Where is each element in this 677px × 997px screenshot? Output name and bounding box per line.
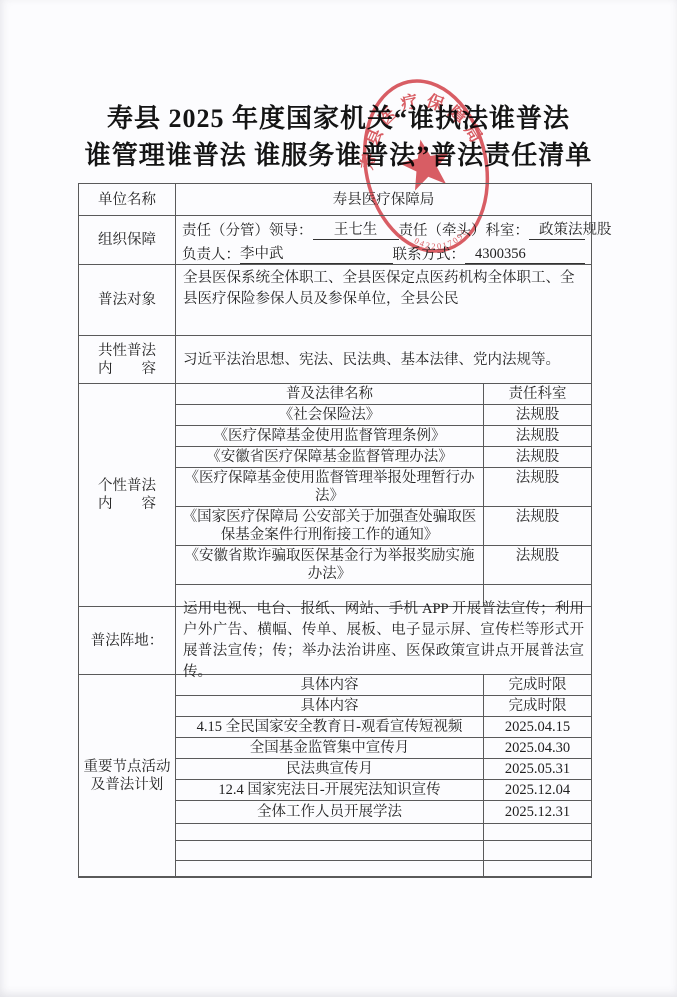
unit-name-value: 寿县医疗保障局: [176, 184, 591, 215]
law-name: 《安徽省医疗保障基金监督管理办法》: [176, 447, 483, 467]
contact-phone: 4300356: [465, 245, 585, 264]
activity-row-empty: [176, 824, 591, 841]
document-title-line2: 谁管理谁普法 谁服务谁普法”普法责任清单: [30, 137, 647, 174]
row-unit-name: 单位名称 寿县医疗保障局: [79, 184, 591, 216]
org-support-content: 责任（分管）领导： 王七生 责任（牵头）科室： 政策法规股 负责人： 李中武 联…: [176, 216, 591, 264]
document-title: 寿县 2025 年度国家机关“谁执法谁普法 谁管理谁普法 谁服务谁普法”普法责任…: [30, 100, 647, 174]
law-row: 《安徽省欺诈骗取医保基金行为举报奖励实施办法》 法规股: [176, 546, 591, 585]
unit-name-label: 单位名称: [79, 184, 176, 215]
lead-dept-name: 政策法规股: [529, 221, 585, 240]
law-name: 《医疗保障基金使用监督管理举报处理暂行办法》: [176, 468, 483, 506]
common-label-line1: 共性普法: [98, 342, 156, 360]
target-value: 全县医保系统全体职工、全县医保定点医药机构全体职工、全县医疗保险参保人员及参保单…: [176, 265, 591, 335]
target-label: 普法对象: [79, 265, 176, 335]
activity-row-empty: [176, 841, 591, 861]
activity-row: 民法典宣传月 2025.05.31: [176, 759, 591, 780]
leader-name: 王七生: [313, 221, 399, 240]
law-name: 《社会保险法》: [176, 405, 483, 425]
row-positions: 普法阵地： 运用电视、电台、报纸、网站、手机 APP 开展普法宣传；利用户外广告…: [79, 607, 591, 675]
org-support-line2: 负责人： 李中武 联系方式： 4300356: [176, 240, 591, 264]
responsibility-table: 单位名称 寿县医疗保障局 组织保障 责任（分管）领导： 王七生 责任（牵头）科室…: [78, 183, 592, 878]
activity-content: 全体工作人员开展学法: [176, 801, 483, 823]
law-row: 《医疗保障基金使用监督管理条例》 法规股: [176, 426, 591, 447]
row-plan: 重要节点活动 及普法计划 具体内容 完成时限 具体内容 完成时限 4.15 全民…: [79, 675, 591, 876]
positions-value: 运用电视、电台、报纸、网站、手机 APP 开展普法宣传；利用户外广告、横幅、传单…: [176, 607, 591, 674]
activity-content: [176, 841, 483, 860]
activity-content: [176, 861, 483, 876]
laws-col-name-header: 普及法律名称: [176, 384, 483, 404]
activity-content: 全国基金监管集中宣传月: [176, 738, 483, 758]
scanned-document-page: 寿县 2025 年度国家机关“谁执法谁普法 谁管理谁普法 谁服务谁普法”普法责任…: [0, 0, 677, 997]
activity-row: 全体工作人员开展学法 2025.12.31: [176, 801, 591, 824]
activity-deadline: 2025.12.04: [483, 780, 591, 800]
activity-deadline: 2025.04.30: [483, 738, 591, 758]
law-row: 《安徽省医疗保障基金监督管理办法》 法规股: [176, 447, 591, 468]
contact-field-label: 联系方式：: [393, 246, 466, 264]
law-name: 《国家医疗保障局 公安部关于加强查处骗取医保基金案件行刑衔接工作的通知》: [176, 507, 483, 545]
org-support-line1: 责任（分管）领导： 王七生 责任（牵头）科室： 政策法规股: [176, 216, 591, 240]
leader-field-label: 责任（分管）领导：: [182, 222, 313, 240]
common-content-label: 共性普法 内 容: [79, 336, 176, 383]
laws-col-dept-header: 责任科室: [483, 384, 591, 404]
row-org-support: 组织保障 责任（分管）领导： 王七生 责任（牵头）科室： 政策法规股 负责人： …: [79, 216, 591, 265]
activity-deadline: [483, 861, 591, 876]
lead-dept-field-label: 责任（牵头）科室：: [399, 222, 530, 240]
law-row: 《社会保险法》 法规股: [176, 405, 591, 426]
activity-content: [176, 824, 483, 840]
activity-row: 12.4 国家宪法日-开展宪法知识宣传 2025.12.04: [176, 780, 591, 801]
plan-col-deadline-header: 完成时限: [483, 675, 591, 695]
row-target: 普法对象 全县医保系统全体职工、全县医保定点医药机构全体职工、全县医疗保险参保人…: [79, 265, 591, 336]
common-content-value: 习近平法治思想、宪法、民法典、基本法律、党内法规等。: [176, 336, 591, 383]
manager-name: 李中武: [240, 245, 393, 264]
law-dept: 法规股: [483, 447, 591, 467]
activity-row: 4.15 全民国家安全教育日-观看宣传短视频 2025.04.15: [176, 717, 591, 738]
law-dept: 法规股: [483, 468, 591, 506]
law-dept: 法规股: [483, 507, 591, 545]
plan-label-line1: 重要节点活动: [84, 758, 171, 776]
plan-label-line2: 及普法计划: [91, 776, 164, 794]
activity-row: 全国基金监管集中宣传月 2025.04.30: [176, 738, 591, 759]
row-common-content: 共性普法 内 容 习近平法治思想、宪法、民法典、基本法律、党内法规等。: [79, 336, 591, 384]
law-name: 《安徽省欺诈骗取医保基金行为举报奖励实施办法》: [176, 546, 483, 584]
target-text: 全县医保系统全体职工、全县医保定点医药机构全体职工、全县医疗保险参保人员及参保单…: [176, 265, 591, 313]
plan-label: 重要节点活动 及普法计划: [79, 675, 176, 876]
personal-content-grid: 普及法律名称 责任科室 《社会保险法》 法规股 《医疗保障基金使用监督管理条例》…: [176, 384, 591, 606]
activity-deadline: 2025.04.15: [483, 717, 591, 737]
plan-col-deadline-header: 完成时限: [483, 696, 591, 716]
law-row: 《国家医疗保障局 公安部关于加强查处骗取医保基金案件行刑衔接工作的通知》 法规股: [176, 507, 591, 546]
row-personal-content: 个性普法 内 容 普及法律名称 责任科室 《社会保险法》 法规股 《医疗保障基金…: [79, 384, 591, 607]
plan-header-row: 具体内容 完成时限: [176, 675, 591, 696]
positions-label: 普法阵地：: [79, 607, 176, 674]
personal-content-label: 个性普法 内 容: [79, 384, 176, 606]
plan-col-content-header: 具体内容: [176, 696, 483, 716]
activity-deadline: 2025.12.31: [483, 801, 591, 823]
law-dept: 法规股: [483, 546, 591, 584]
activity-row-empty: [176, 861, 591, 876]
activity-deadline: [483, 841, 591, 860]
law-dept: 法规股: [483, 426, 591, 446]
plan-grid: 具体内容 完成时限 具体内容 完成时限 4.15 全民国家安全教育日-观看宣传短…: [176, 675, 591, 876]
law-row: 《医疗保障基金使用监督管理举报处理暂行办法》 法规股: [176, 468, 591, 507]
plan-header-row: 具体内容 完成时限: [176, 696, 591, 717]
activity-content: 4.15 全民国家安全教育日-观看宣传短视频: [176, 717, 483, 737]
law-dept: 法规股: [483, 405, 591, 425]
plan-col-content-header: 具体内容: [176, 675, 483, 695]
common-text: 习近平法治思想、宪法、民法典、基本法律、党内法规等。: [176, 348, 567, 372]
activity-content: 民法典宣传月: [176, 759, 483, 779]
activity-content: 12.4 国家宪法日-开展宪法知识宣传: [176, 780, 483, 800]
personal-label-line1: 个性普法: [98, 477, 156, 495]
personal-label-line2: 内 容: [98, 495, 156, 513]
common-label-line2: 内 容: [98, 360, 156, 378]
manager-field-label: 负责人：: [182, 246, 240, 264]
laws-header-row: 普及法律名称 责任科室: [176, 384, 591, 405]
law-name: 《医疗保障基金使用监督管理条例》: [176, 426, 483, 446]
positions-text: 运用电视、电台、报纸、网站、手机 APP 开展普法宣传；利用户外广告、横幅、传单…: [176, 596, 591, 686]
document-title-line1: 寿县 2025 年度国家机关“谁执法谁普法: [30, 100, 647, 137]
activity-deadline: 2025.05.31: [483, 759, 591, 779]
org-support-label: 组织保障: [79, 216, 176, 264]
activity-deadline: [483, 824, 591, 840]
